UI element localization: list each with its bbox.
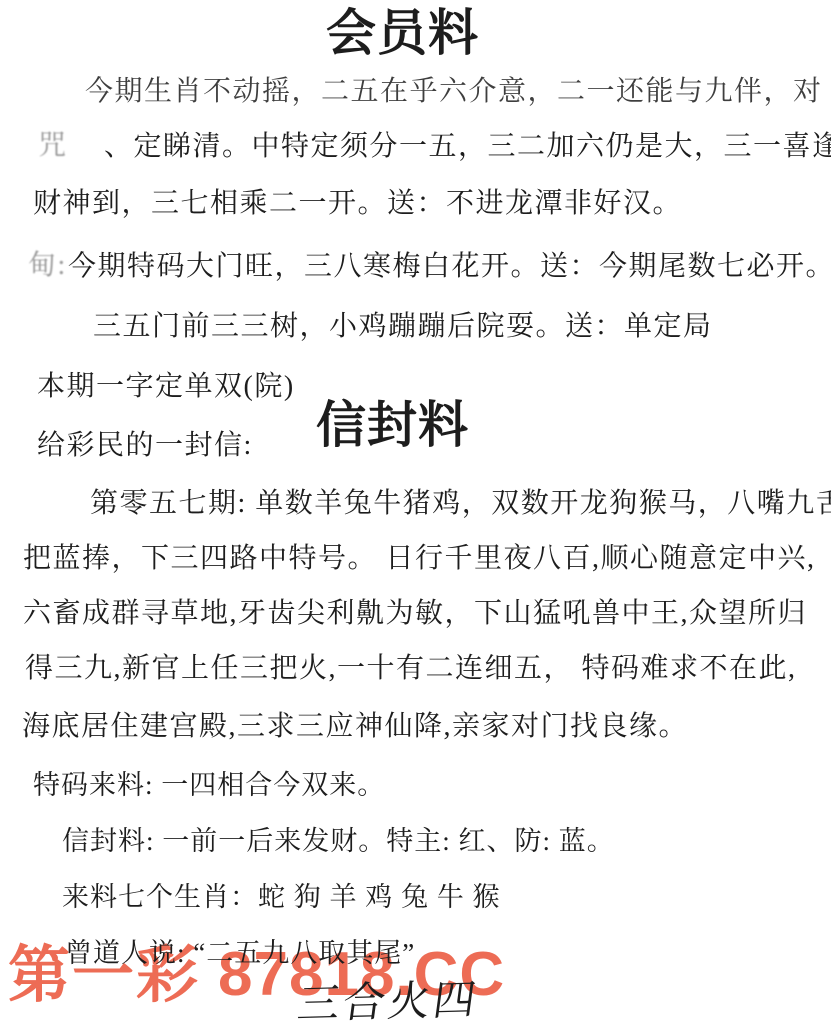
envelope-para-line-3: 六畜成群寻草地,牙齿尖利鼽为敏，下山猛吼兽中王,众望所归: [23, 598, 807, 630]
member-line-1: 今期生肖不动摇，二五在乎六介意，二一还能与九伴，对: [85, 76, 823, 108]
member-line-3: 财神到，三七相乘二一开。送：不进龙潭非好汉。: [33, 188, 682, 220]
envelope-para-line-4: 得三九,新官上任三把火,一十有二连细五， 特码难求不在此,: [25, 653, 797, 685]
member-line-4: 今期特码大门旺，三八寒梅白花开。送：今期尾数七必开。: [68, 251, 831, 283]
tip-zodiac: 来料七个生肖：蛇 狗 羊 鸡 兔 牛 猴: [62, 882, 501, 913]
envelope-section-title: 信封料: [316, 400, 469, 450]
member-section-title: 会员料: [326, 8, 479, 58]
member-line-2: 、定睇清。中特定须分一五，三二加六仍是大，三一喜逢: [104, 131, 831, 163]
envelope-para-line-2: 把蓝捧，下三四路中特号。 日行千里夜八百,顺心随意定中兴,: [23, 543, 816, 575]
tip-zeng-dao-ren: 曾道人说: “二五九八取其尾”: [65, 938, 415, 969]
envelope-para-line-1: 第零五七期: 单数羊兔牛猪鸡，双数开龙狗猴马，八嘴九舌: [90, 488, 831, 520]
envelope-para-line-5: 海底居住建宫殿,三求三应神仙降,亲家对门找良缘。: [22, 711, 688, 743]
footer-cut-line: 三合火四: [295, 980, 481, 1024]
tip-envelope: 信封料: 一前一后来发财。特主: 红、防: 蓝。: [62, 826, 615, 857]
member-line-6: 本期一字定单双(院): [37, 371, 295, 403]
member-line-5: 三五门前三三树，小鸡蹦蹦后院耍。送：单定局: [93, 311, 713, 343]
illegible-mark-2: 甸:: [28, 250, 67, 282]
tip-special-code: 特码来料: 一四相合今双来。: [33, 770, 385, 801]
illegible-mark-1: 咒: [38, 130, 68, 162]
envelope-intro-line: 给彩民的一封信:: [37, 430, 253, 462]
scanned-lottery-tip-sheet: 第一彩 87818.CC 会员料 今期生肖不动摇，二五在乎六介意，二一还能与九伴…: [0, 0, 831, 1024]
